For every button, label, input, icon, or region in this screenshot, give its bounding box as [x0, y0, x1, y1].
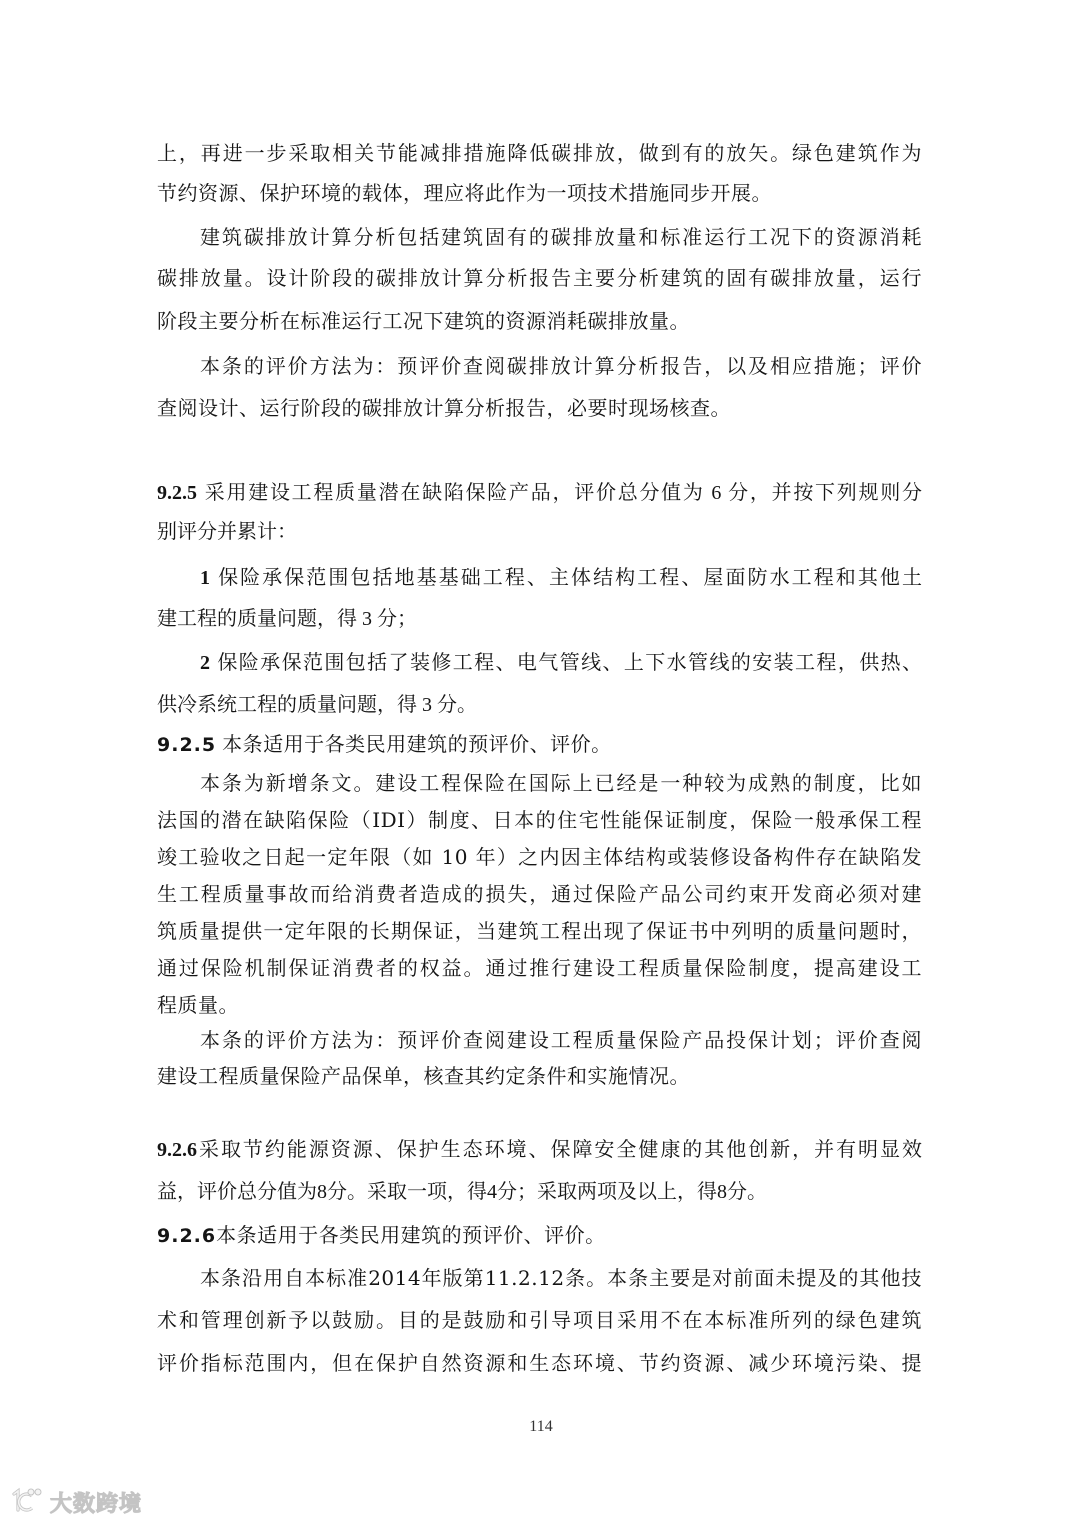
text-line: 评价指标范围内，但在保护自然资源和生态环境、节约资源、减少环境污染、提 [157, 1348, 922, 1378]
text-line: 本条沿用自本标准2014年版第11.2.12条。本条主要是对前面未提及的其他技 [157, 1263, 922, 1293]
document-page: 上，再进一步采取相关节能减排措施降低碳排放，做到有的放矢。绿色建筑作为 节约资源… [0, 0, 1080, 1527]
scoring-item-2: 2保险承保范围包括了装修工程、电气管线、上下水管线的安装工程，供热、 [157, 648, 922, 678]
clause-text: 采用建设工程质量潜在缺陷保险产品，评价总分值为 6 分，并按下列规则分 [203, 482, 922, 504]
watermark: 大数跨境 [10, 1484, 142, 1520]
item-text: 保险承保范围包括地基基础工程、主体结构工程、屋面防水工程和其他土 [216, 567, 922, 589]
scoring-item-1: 1保险承保范围包括地基基础工程、主体结构工程、屋面防水工程和其他土 [157, 563, 922, 593]
explanation-number: 9.2.6 [157, 1225, 216, 1247]
text-line: 筑质量提供一定年限的长期保证，当建筑工程出现了保证书中列明的质量问题时， [157, 916, 922, 946]
text-line: 阶段主要分析在标准运行工况下建筑的资源消耗碳排放量。 [157, 306, 922, 336]
text-line: 法国的潜在缺陷保险（IDI）制度、日本的住宅性能保证制度，保险一般承保工程 [157, 805, 922, 835]
clause-requirement-line: 9.2.5采用建设工程质量潜在缺陷保险产品，评价总分值为 6 分，并按下列规则分 [157, 478, 922, 508]
text-line: 术和管理创新予以鼓励。目的是鼓励和引导项目采用不在本标准所列的绿色建筑 [157, 1305, 922, 1335]
text-line: 程质量。 [157, 990, 922, 1020]
text-line: 查阅设计、运行阶段的碳排放计算分析报告，必要时现场核查。 [157, 393, 922, 423]
text-line: 生工程质量事故而给消费者造成的损失，通过保险产品公司约束开发商必须对建 [157, 879, 922, 909]
text-line: 本条为新增条文。建设工程保险在国际上已经是一种较为成熟的制度，比如 [157, 768, 922, 798]
item-number: 1 [200, 567, 210, 589]
text-line: 建设工程质量保险产品保单，核查其约定条件和实施情况。 [157, 1061, 922, 1091]
clause-text: 采取节约能源资源、保护生态环境、保障安全健康的其他创新，并有明显效 [197, 1139, 922, 1161]
text-line: 上，再进一步采取相关节能减排措施降低碳排放，做到有的放矢。绿色建筑作为 [157, 138, 922, 168]
clause-number: 9.2.6 [157, 1139, 197, 1161]
text-line: 本条的评价方法为：预评价查阅碳排放计算分析报告，以及相应措施；评价 [157, 351, 922, 381]
clause-requirement-line: 益，评价总分值为8分。采取一项，得4分；采取两项及以上，得8分。 [157, 1177, 922, 1207]
text-line: 供冷系统工程的质量问题，得 3 分。 [157, 690, 922, 720]
explanation-scope: 本条适用于各类民用建筑的预评价、评价。 [222, 732, 612, 756]
text-line: 节约资源、保护环境的载体，理应将此作为一项技术措施同步开展。 [157, 178, 922, 208]
text-line: 碳排放量。设计阶段的碳排放计算分析报告主要分析建筑的固有碳排放量，运行 [157, 263, 922, 293]
text-line: 本条的评价方法为：预评价查阅建设工程质量保险产品投保计划；评价查阅 [157, 1025, 922, 1055]
item-text: 保险承保范围包括了装修工程、电气管线、上下水管线的安装工程，供热、 [216, 652, 922, 674]
page-number: 114 [0, 1415, 1080, 1439]
text-line: 建筑碳排放计算分析包括建筑固有的碳排放量和标准运行工况下的资源消耗 [157, 222, 922, 252]
explanation-number: 9.2.5 [157, 734, 216, 756]
clause-requirement-line: 9.2.6采取节约能源资源、保护生态环境、保障安全健康的其他创新，并有明显效 [157, 1135, 922, 1165]
clause-number: 9.2.5 [157, 482, 197, 504]
watermark-text: 大数跨境 [50, 1487, 142, 1518]
text-line: 竣工验收之日起一定年限（如 10 年）之内因主体结构或装修设备构件存在缺陷发 [157, 842, 922, 872]
explanation-scope-line: 9.2.5本条适用于各类民用建筑的预评价、评价。 [157, 729, 922, 759]
item-number: 2 [200, 652, 210, 674]
explanation-scope-line: 9.2.6本条适用于各类民用建筑的预评价、评价。 [157, 1220, 922, 1250]
text-line: 建工程的质量问题，得 3 分； [157, 604, 922, 634]
text-line: 通过保险机制保证消费者的权益。通过推行建设工程质量保险制度，提高建设工 [157, 953, 922, 983]
watermark-logo-icon [10, 1486, 44, 1519]
clause-requirement-line: 别评分并累计： [157, 517, 922, 547]
explanation-scope: 本条适用于各类民用建筑的预评价、评价。 [216, 1223, 606, 1247]
